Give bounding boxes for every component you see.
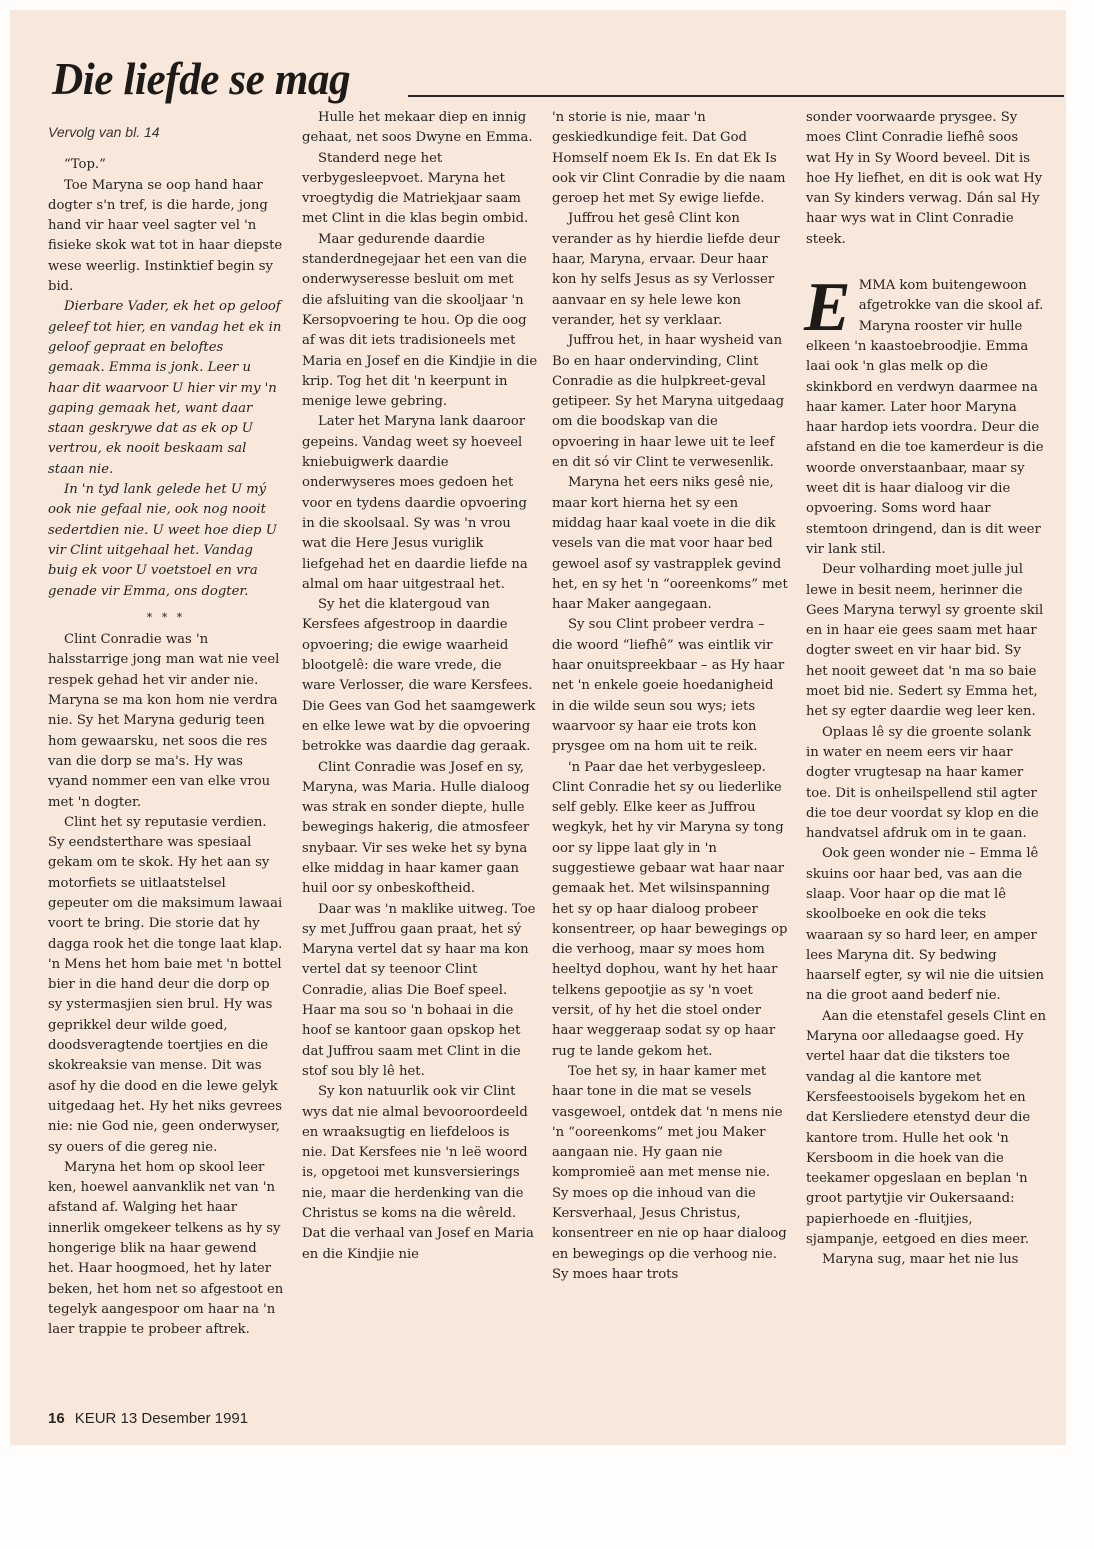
paragraph: Ook geen wonder nie – Emma lê skuins oor… — [806, 844, 1046, 1006]
paragraph: Maryna het hom op skool leer ken, hoewel… — [48, 1158, 284, 1341]
paragraph: Toe Maryna se oop hand haar dogter s'n t… — [48, 176, 284, 298]
paragraph: Juffrou het gesê Clint kon verander as h… — [552, 209, 788, 331]
paragraph: Maryna het eers niks gesê nie, maar kort… — [552, 473, 788, 615]
paragraph: 'n storie is nie, maar 'n geskiedkundige… — [552, 108, 788, 209]
continued-from-note: Vervolg van bl. 14 — [48, 122, 284, 142]
paragraph: Maar gedurende daardie standerdnegejaar … — [302, 230, 538, 413]
publication-info: KEUR 13 Desember 1991 — [75, 1410, 248, 1427]
paragraph: Oplaas lê sy die groente solank in water… — [806, 723, 1046, 845]
paragraph: “Top.” — [48, 155, 284, 175]
article-header: Die liefde se mag — [52, 54, 1064, 110]
paragraph: 'n Paar dae het verbygesleep. Clint Conr… — [552, 758, 788, 1062]
paragraph: Sy kon natuurlik ook vir Clint wys dat n… — [302, 1082, 538, 1265]
paragraph: Clint het sy reputasie verdien. Sy eends… — [48, 813, 284, 1158]
title-rule — [408, 95, 1064, 97]
paragraph: Aan die etenstafel gesels Clint en Maryn… — [806, 1007, 1046, 1251]
paragraph: Juffrou het, in haar wysheid van Bo en h… — [552, 331, 788, 473]
paragraph: Clint Conradie was 'n halsstarrige jong … — [48, 630, 284, 813]
paragraph: Later het Maryna lank daaroor gepeins. V… — [302, 412, 538, 595]
prayer-paragraph: In 'n tyd lank gelede het U mý ook nie g… — [48, 480, 284, 602]
paragraph: Standerd nege het verbygesleepvoet. Mary… — [302, 149, 538, 230]
paragraph: Toe het sy, in haar kamer met haar tone … — [552, 1062, 788, 1285]
paragraph: sonder voorwaarde prysgee. Sy moes Clint… — [806, 108, 1046, 250]
paragraph: Daar was 'n maklike uitweg. Toe sy met J… — [302, 900, 538, 1083]
article-title: Die liefde se mag — [52, 54, 350, 104]
column-3: 'n storie is nie, maar 'n geskiedkundige… — [552, 108, 788, 1285]
column-4: sonder voorwaarde prysgee. Sy moes Clint… — [806, 108, 1046, 1271]
paragraph: Deur volharding moet julle jul lewe in b… — [806, 560, 1046, 722]
prayer-paragraph: Dierbare Vader, ek het op geloof geleef … — [48, 297, 284, 480]
column-2: Hulle het mekaar diep en innig gehaat, n… — [302, 108, 538, 1265]
paragraph: Sy sou Clint probeer verdra – die woord … — [552, 615, 788, 757]
page-number: 16 — [48, 1410, 65, 1427]
column-1: Vervolg van bl. 14 “Top.” Toe Maryna se … — [48, 108, 284, 1341]
drop-cap: E — [804, 280, 851, 336]
paragraph: Sy het die klatergoud van Kersfees afges… — [302, 595, 538, 757]
paragraph: Clint Conradie was Josef en sy, Maryna, … — [302, 758, 538, 900]
paragraph: Hulle het mekaar diep en innig gehaat, n… — [302, 108, 538, 149]
paragraph: Maryna sug, maar het nie lus — [806, 1250, 1046, 1270]
dropcap-paragraph: EMMA kom buitengewoon afgetrokke van die… — [806, 276, 1046, 560]
page-footer: 16KEUR 13 Desember 1991 — [48, 1410, 248, 1427]
section-separator: * * * — [48, 608, 284, 628]
